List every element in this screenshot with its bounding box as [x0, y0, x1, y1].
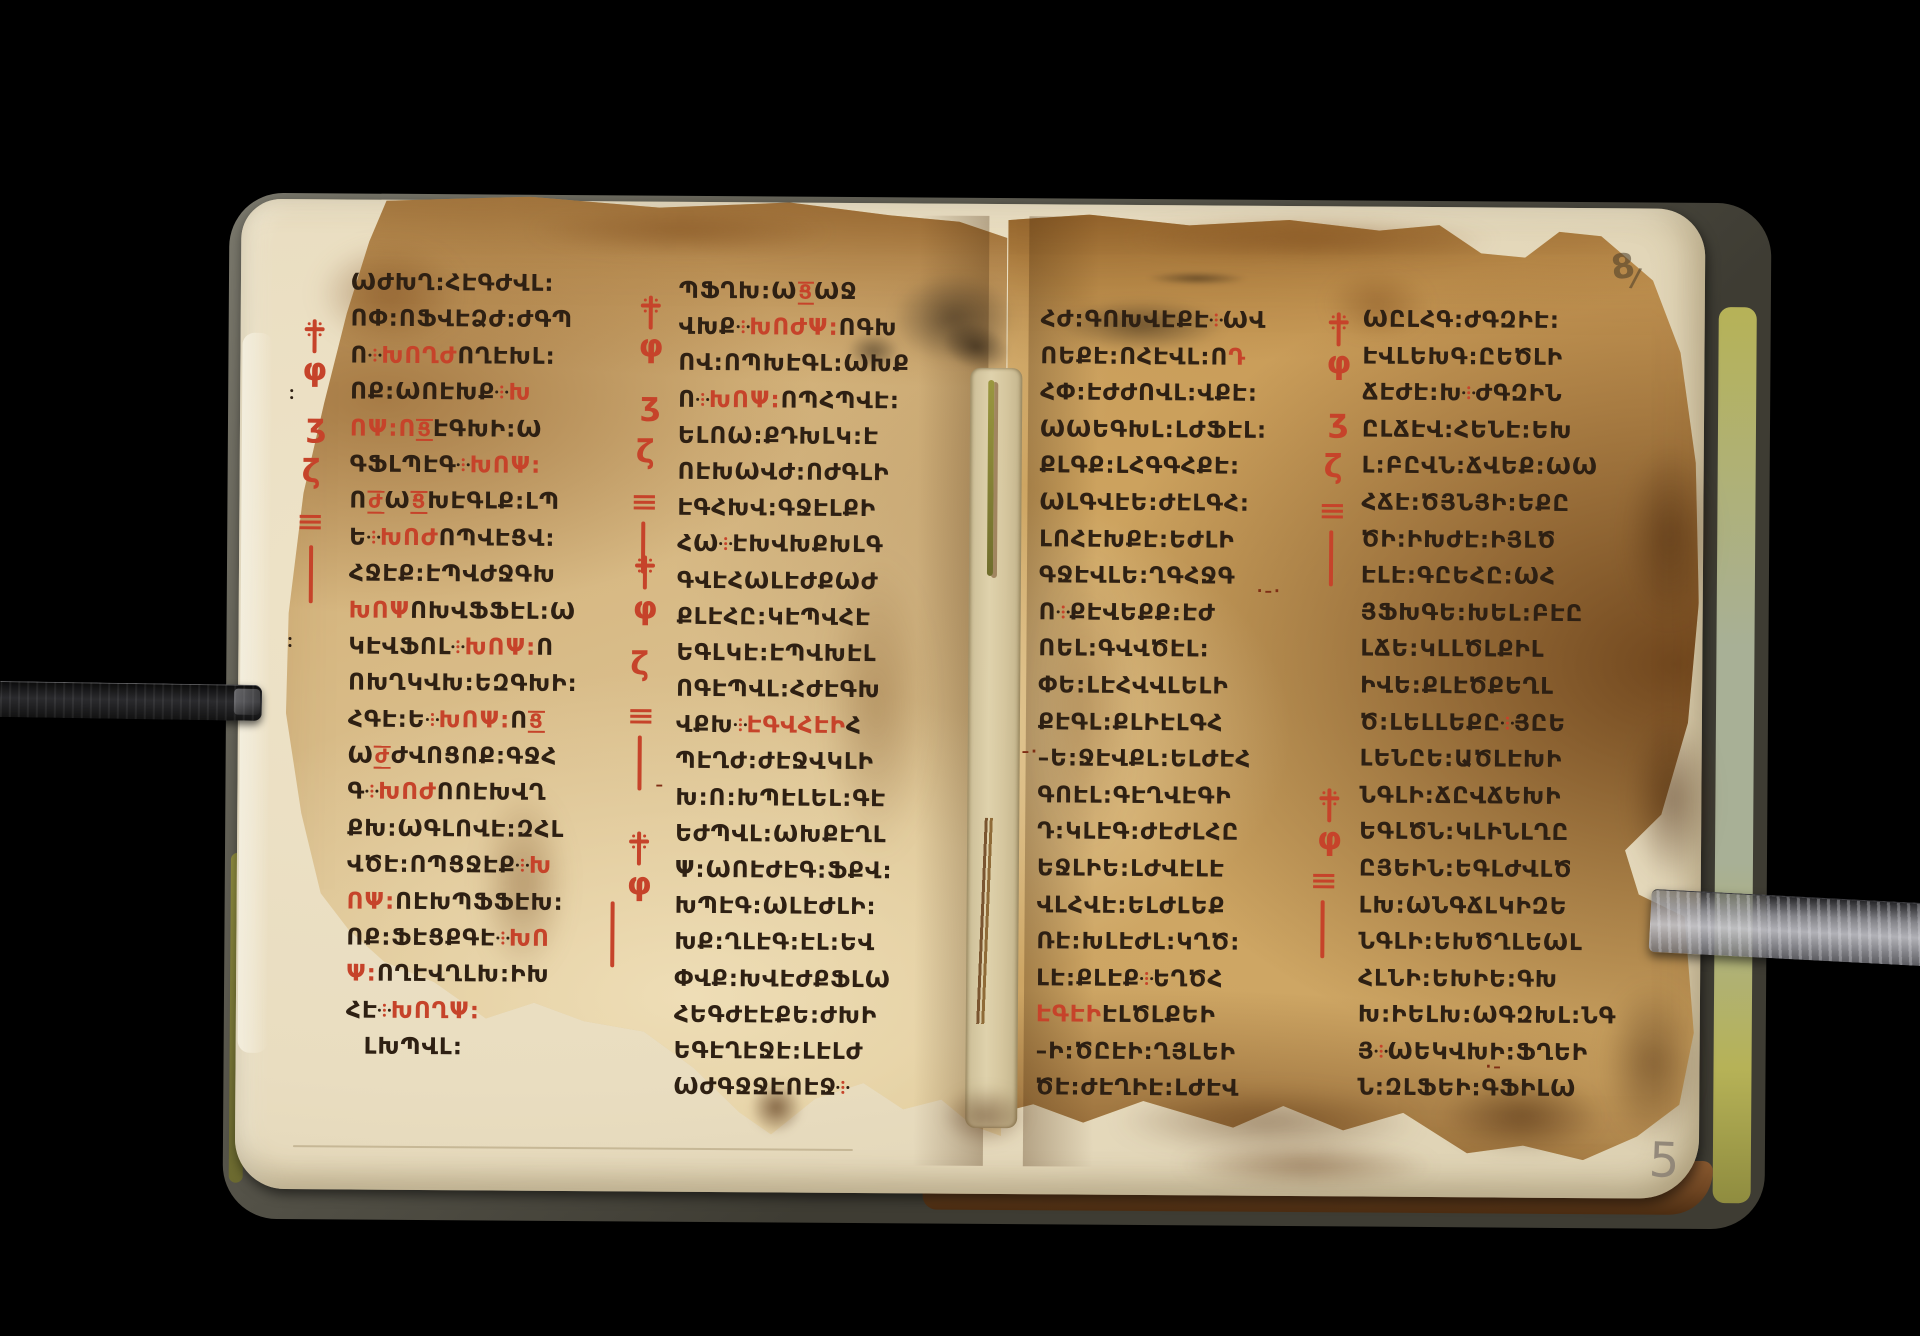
rubric-mark-bars-icon: ≡ — [1318, 498, 1347, 524]
ink-text: ԵԺՊՎԼ:ѠԽՔԷՂԼ — [675, 821, 887, 848]
dotted-divider-icon — [1374, 1043, 1387, 1059]
manuscript-line: ԽՈΨՈԽՎՖՖԷԼ:Ѡ — [349, 597, 645, 635]
ink-text: Յ — [1358, 1038, 1375, 1064]
ink-text: Խ:Ո:ԽՊԷԼԵԼ:ԳԷ — [675, 784, 886, 811]
ink-text: ԼԵՆԸԵ:ԱԾԼԷԽԻ — [1360, 746, 1563, 773]
manuscript-line: ՔԷԳԼ:ՔԼԻԷԼԳՀ — [1038, 709, 1326, 748]
ink-text: ԼՈՀԷԽՔԷ:ԵԺԼԻ — [1039, 526, 1235, 553]
manuscript-line: ԷԼԷ:ԳԸԵՀԸ:ѠՀ — [1361, 563, 1645, 602]
ink-text: ѠՋ — [814, 279, 858, 305]
rubric-mark-d2-icon — [288, 637, 291, 640]
manuscript-line: ՎԼՀՎԷ:ԵԼԺԼԵՔ — [1036, 892, 1324, 931]
dotted-divider-icon — [1501, 714, 1514, 730]
ink-text: ՀՓ:ԷԺԺՈՎԼ:ՎՔԷ: — [1040, 379, 1258, 407]
manuscript-line: ԵԳԼԿԷ:ԷՊՎԽԷԼ — [676, 640, 956, 678]
ink-text: Հ — [846, 713, 862, 739]
rubric-numeral: Ժ — [367, 491, 384, 514]
manuscript-line: ѠԺԽՂ:ՀԷԳԺՎԼ: — [351, 269, 647, 307]
rubric-mark-line-icon — [1320, 900, 1324, 958]
dotted-divider-icon — [719, 535, 732, 551]
rubric-word: Դ — [1228, 344, 1246, 370]
rubric-mark-lead-icon: – — [655, 776, 665, 794]
ink-text: ԳՖԼՊԷԳ — [350, 451, 457, 478]
ink-text: ՈՂԷՎՂԼԽ:ԻԽ — [377, 961, 550, 988]
manuscript-line: ՈԳԷՊՎԼ:ՀԺԷԳԽ — [676, 676, 956, 714]
manuscript-line: ՀѠԷԽՎԽՔԽԼԳ — [677, 531, 957, 569]
ink-text: Ե — [349, 524, 367, 550]
manuscript-line: ՈՎ:ՈՊԽԷԳԼ:ѠԽՔ — [678, 350, 958, 388]
ink-text: ԷԼԷ:ԳԸԵՀԸ:ѠՀ — [1361, 563, 1556, 590]
dotted-divider-icon — [733, 716, 746, 732]
manuscript-line: ՀԳԷ:ԵԽՈΨ:ՈՑ — [348, 706, 644, 744]
manuscript-line: ՈՔ:ѠՈԷԽՔԽ — [350, 379, 646, 417]
ink-text: ԷԼԾԼՔԵԻ — [1102, 1002, 1216, 1029]
ink-text: ԼԽՊՎԼ: — [346, 1034, 464, 1061]
rubric-mark-line-icon — [1329, 530, 1333, 586]
manuscript-line: ՔԽ:ѠԳԼՈՎԷ:ԶՀԼ — [347, 815, 643, 853]
manuscript-line: ԼՃԵ:ԿԼԼԾԼՔԻԼ — [1360, 636, 1644, 675]
ink-text: ՀԼՆԻ:ԵԽԻԵ:ԳԽ — [1358, 965, 1558, 992]
manuscript-line: ԷԳԷԻԷԼԾԼՔԵԻ — [1036, 1002, 1324, 1041]
rubric-mark-bars-icon: ≡ — [630, 489, 659, 515]
ink-text: ՈԳԷՊՎԼ:ՀԺԷԳԽ — [676, 676, 881, 703]
rubric-word: ԽՈՂΨ: — [391, 998, 480, 1025]
manuscript-line: ՈԺѠՑԽԷԳԼՔ:ԼՊ — [349, 488, 645, 526]
ink-text: ԷԳԽԻ:Ѡ — [433, 416, 543, 443]
rubric-mark-cross-icon — [635, 555, 655, 589]
pencil-page-number: 5 — [1648, 1132, 1681, 1189]
manuscript-line: ՀԵԳԺԷԷՔԵ:ԺԽԻ — [674, 1002, 954, 1040]
ink-text: ԳՎԷՀѠԼԷԺՔѠԺ — [677, 567, 879, 594]
rubric-mark-g-icon: φ — [633, 591, 658, 623]
ink-text: ѠԼԳՎԷԵ:ԺԷԼԳՀ: — [1039, 489, 1250, 516]
rubric-mark-cross-icon — [629, 831, 649, 865]
rubric-mark-g-icon: ʒ — [640, 388, 661, 420]
ink-text: Ո — [678, 386, 696, 412]
manuscript-line: ՈՓ:ՈՖՎԷՁԺ:ԺԳՊ — [351, 306, 647, 344]
ink-text: ԿԷՎՖՈԼ — [348, 633, 451, 660]
ink-text: ՀԵԳԺԷԷՔԵ:ԺԽԻ — [674, 1002, 878, 1029]
manuscript-line: ՎԾԷ:ՈՊՑՋԷՔԽ — [347, 852, 643, 890]
ink-text: ՈՊՀՊՎԷ: — [781, 387, 900, 414]
manuscript-line: ՀՃԷ:ԾՅՆՅԻ:ԵՔԸ — [1361, 490, 1645, 529]
rubric-word: ԷԳԷԻ — [1036, 1002, 1102, 1028]
ink-text: ՈՔ:ѠՈԷԽՔ — [350, 379, 495, 406]
dotted-divider-icon — [1056, 603, 1069, 619]
ink-text: Ն:ԶԼՖԵԻ:ԳՖԻԼѠ — [1357, 1075, 1576, 1103]
manuscript-line: ՈԵԼ:ԳՎՎԾԷԼ: — [1038, 636, 1326, 675]
rubric-numeral: Ց — [416, 419, 433, 442]
rubric-mark-g-icon: φ — [1326, 346, 1351, 378]
ink-text: ՀՃԷ:ԾՅՆՅԻ:ԵՔԸ — [1361, 490, 1570, 517]
ink-text: ՅԸԵ — [1514, 710, 1566, 736]
dotted-divider-icon — [837, 1079, 850, 1095]
manuscript-line: ՈΨ:ՈԷԽՊՖՖԷԽ: — [346, 888, 642, 926]
ink-text: ԸԼՃԷՎ:ՀԵՆԷ:ԵԽ — [1362, 416, 1573, 443]
ink-text: ՀԷ — [346, 997, 378, 1023]
manuscript-line: ԼԵՆԸԵ:ԱԾԼԷԽԻ — [1360, 746, 1644, 785]
rubric-mark-bars-icon: ≡ — [627, 703, 656, 729]
ink-text: ԾԷ:ԺԷՂԻԷ:ԼԺԷՎ — [1035, 1075, 1239, 1102]
dotted-divider-icon — [426, 711, 439, 727]
manuscript-line: Լ:ԲԸՎՆ:ՃՎԵՔ:ѠѠ — [1362, 453, 1646, 492]
ink-text: ՈՓ:ՈՖՎԷՁԺ:ԺԳՊ — [351, 306, 573, 334]
ink-text: ՈԵՔԷ:ՈՀԷՎԼ:Ո — [1040, 343, 1228, 370]
rubric-mark-g-icon: ζ — [302, 455, 321, 487]
ink-text: ՀѠ — [677, 531, 719, 557]
manuscript-line: ՎԽՔԽՈԺΨ:ՈԳԽ — [679, 314, 959, 352]
manuscript-line: ՈՔԷՎԵՔՔ:ԷԺ — [1039, 599, 1327, 638]
ink-text: Գ — [347, 779, 365, 805]
rubric-mark-line-icon — [637, 735, 641, 790]
ink-text: ՆԳԼԻ:ԵԽԾՂԼԵѠԼ — [1358, 929, 1583, 957]
manuscript-line: ՌԷ:ԽԼԷԺԼ:ԿՂԾ: — [1036, 928, 1324, 967]
manuscript-line: ԾԷ:ԺԷՂԻԷ:ԼԺԷՎ — [1035, 1075, 1323, 1114]
ink-text: Ծ:ԼԵԼԼԵՔԸ — [1360, 709, 1501, 736]
ink-text: ՈՂԷԽԼ: — [457, 343, 556, 370]
manuscript-line: ՆԳԼԻ:ԵԽԾՂԼԵѠԼ — [1358, 929, 1642, 968]
ink-text: ՔԼԷՀԸ:ԿԷՊՎՀԷ — [677, 603, 872, 630]
ink-text: ՌԷ:ԽԼԷԺԼ:ԿՂԾ: — [1036, 928, 1240, 955]
ink-text: ՔԷՎԵՔՔ:ԷԺ — [1069, 599, 1215, 626]
ink-text: ՔԷԳԼ:ՔԼԻԷԼԳՀ — [1038, 709, 1224, 736]
manuscript-line: ѠԸԼՀԳ:ԺԳԶԻԷ: — [1363, 307, 1647, 346]
rubric-mark-g-icon: ʒ — [306, 409, 327, 441]
ink-text: ԳՈԷԼ:ԳԷՂՎԷԳԻ — [1037, 782, 1231, 809]
ink-text: ՎԾԷ:ՈՊՑՋԷՔ — [347, 852, 516, 879]
manuscript-line: Դ:ԿԼԷԳ:ԺԷԺԼՀԸ — [1037, 819, 1325, 858]
dotted-divider-icon — [495, 384, 508, 400]
strap-left-tip — [234, 689, 260, 715]
rubric-word: Խ — [529, 853, 552, 879]
manuscript-line: ԵԽՈԺՈՊՎԷՑՎ: — [349, 524, 645, 562]
photograph-stage: 8/ 5 ѠԺԽՂ:ՀԷԳԺՎԼ:ՈՓ:ՈՖՎԷՁԺ:ԺԳՊՈԽՈՂԺՈՂԷԽԼ… — [0, 0, 1920, 1336]
rubric-mark-g-icon: ʒ — [1328, 404, 1349, 436]
ink-text: ԷՎԼԵԽԳ:ԸԵԾԼԻ — [1362, 343, 1563, 370]
manuscript-line: ԸՅԵԻՆ:ԵԳԼԺՎԼԾ — [1359, 855, 1643, 894]
rubric-word: ԷԳՎՀԷԻ — [746, 713, 846, 740]
rubric-mark-lead-icon: ·–· — [1257, 582, 1282, 600]
dotted-divider-icon — [496, 930, 509, 946]
rubric-word: ԽՈԺΨ: — [749, 314, 839, 341]
ink-text: ՊԷՂԺ:ԺԷՋՎԿԼԻ — [676, 748, 875, 775]
ink-text: Ψ:ѠՈԷԺԷԳ:ՖՔՎ: — [675, 857, 893, 885]
ink-text: Խ:ԻԵԼԽ:ѠԳԶԽԼ:ՆԳ — [1358, 1002, 1617, 1030]
rubric-word: ԽՈΨ: — [709, 387, 781, 413]
manuscript-line: ԳՖԼՊԷԳԽՈΨ: — [350, 451, 646, 489]
rubric-numeral: Ց — [411, 491, 428, 514]
manuscript-line: ՈΨ:ՈՑԷԳԽԻ:Ѡ — [350, 415, 646, 453]
dotted-divider-icon — [736, 318, 749, 334]
rubric-mark-bars-icon: ≡ — [296, 509, 325, 535]
manuscript-line: ՈԽՂԿՎԽ:ԵԶԳԽԻ: — [348, 670, 644, 708]
dotted-divider-icon — [365, 783, 378, 799]
ink-text: ՎՔԽ — [676, 712, 734, 738]
rubric-mark-d2-icon — [290, 389, 293, 392]
manuscript-line: ՓՎՔ:ԽՎԷԺՔՖԼѠ — [674, 965, 954, 1003]
text-column-3: ՀԺ:ԳՈԽՎԷՔԷѠՎՈԵՔԷ:ՈՀԷՎԼ:ՈԴՀՓ:ԷԺԺՈՎԼ:ՎՔԷ:Ѡ… — [1035, 306, 1329, 1113]
ink-text: ѠԺԳՋՋԷՈԷՋ — [673, 1074, 837, 1101]
ink-text: ՈԵԼ:ԳՎՎԾԷԼ: — [1038, 636, 1210, 663]
manuscript-line: Ծ:ԼԵԼԼԵՔԸՅԸԵ — [1360, 709, 1644, 748]
rubric-mark-g-icon: ζ — [630, 647, 649, 679]
manuscript-line: ѠԼԳՎԷԵ:ԺԷԼԳՀ: — [1039, 489, 1327, 528]
ink-text: ԾԻ:ԻԽԺԷ:ԻՅԼԾ — [1361, 526, 1556, 553]
manuscript-line: Ψ:ՈՂԷՎՂԼԽ:ԻԽ — [346, 961, 642, 999]
ink-text: ՈԽՎՖՖԷԼ:Ѡ — [410, 597, 576, 624]
manuscript-line: ԵԳԼԾՆ:ԿԼԻՆԼՂԸ — [1359, 819, 1643, 858]
manuscript-line: Խ:ԻԵԼԽ:ѠԳԶԽԼ:ՆԳ — [1358, 1002, 1642, 1041]
rubric-numeral: Ց — [797, 282, 814, 305]
rubric-word: ԽՈԺ — [380, 524, 439, 550]
ink-text: ԸՅԵԻՆ:ԵԳԼԺՎԼԾ — [1359, 855, 1573, 882]
rubric-mark-line-icon — [610, 901, 614, 967]
manuscript-line: ՀՋԷՔ:ԷՊՎԺՋԳԽ — [349, 561, 645, 599]
manuscript-line: ԽՔ:ՂԼԷԳ:ԷԼ:ԵՎ — [674, 929, 954, 967]
ink-text: ԷԽՎԽՔԽԼԳ — [732, 531, 884, 558]
ink-text: ՈՊՎԷՑՎ: — [439, 525, 556, 552]
dotted-divider-icon — [1140, 970, 1153, 986]
manuscript-line: ѠѠԵԳԽԼ:ԼԺՖԷԼ: — [1040, 416, 1328, 455]
manuscript-line: ԵԳԷՂԷՋԷ:ԼԷԼԺ — [673, 1038, 953, 1076]
manuscript-line: ԳՎԷՀѠԼԷԺՔѠԺ — [677, 567, 957, 605]
rubric-mark-cross-icon — [1319, 788, 1339, 822]
text-column-1: ѠԺԽՂ:ՀԷԳԺՎԼ:ՈՓ:ՈՖՎԷՁԺ:ԺԳՊՈԽՈՂԺՈՂԷԽԼ:ՈՔ:Ѡ… — [345, 269, 647, 1072]
ink-text: ՔԼԳՔ:ԼՀԳԳՀՔԷ: — [1040, 453, 1241, 480]
manuscript-line: ԼՈՀԷԽՔԷ:ԵԺԼԻ — [1039, 526, 1327, 565]
manuscript-line: ՓԵ:ԼԷՀՎՎԼԵԼԻ — [1038, 672, 1326, 711]
ink-text: ՓՎՔ:ԽՎԷԺՔՖԼѠ — [674, 965, 891, 993]
manuscript-line: ԷՎԼԵԽԳ:ԸԵԾԼԻ — [1362, 343, 1646, 382]
ink-text: ՔԽ:ѠԳԼՈՎԷ:ԶՀԼ — [347, 815, 564, 843]
ink-text: ԽՊԷԳ:ѠԼԷԺԼԻ: — [675, 893, 877, 920]
manuscript-line: ՎՔԽԷԳՎՀԷԻՀ — [676, 712, 956, 750]
ink-text: ՆԳԼԻ:ՃԸՎՃԵԽԻ — [1359, 782, 1561, 809]
ink-text: ԽՔ:ՂԼԷԳ:ԷԼ:ԵՎ — [674, 929, 875, 956]
rubric-mark-g-icon: ζ — [636, 435, 655, 467]
ink-text: ѠՎ — [1223, 308, 1267, 334]
manuscript-line: ԽՊԷԳ:ѠԼԷԺԼԻ: — [674, 893, 954, 931]
ink-text: ѠѠԵԳԽԼ:ԼԺՖԷԼ: — [1040, 416, 1267, 444]
page-edge-olive — [1713, 307, 1757, 1203]
ink-text: ԼԽ:ѠՆԳՃԼԿԻԶԵ — [1359, 892, 1568, 919]
ink-text: Ո — [536, 635, 554, 661]
rubric-word: ԽՈΨ: — [439, 707, 511, 733]
ink-text: ԵԳԼԾՆ:ԿԼԻՆԼՂԸ — [1359, 819, 1569, 846]
manuscript-line: ѠԺԺՎՈՑՈՔ:ԳՋՀ — [348, 743, 644, 781]
rubric-word: ԽՈΨ — [349, 597, 411, 623]
manuscript-line: ѠԺԳՋՋԷՈԷՋ — [673, 1074, 953, 1112]
rubric-word: ԽՈΨ: — [470, 452, 542, 478]
manuscript-line: ԻՎԵ:ՔԼԷԾՔԵՂԼ — [1360, 672, 1644, 711]
rubric-word: ԽՈ — [509, 926, 550, 952]
manuscript-line: ՈԵՔԷ:ՈՀԷՎԼ:ՈԴ — [1040, 343, 1328, 382]
ink-text: ՎԼՀՎԷ:ԵԼԺԼԵՔ — [1037, 892, 1226, 919]
manuscript-line: ՈԽՈΨ:ՈՊՀՊՎԷ: — [678, 386, 958, 424]
ink-text: ԼԷ:ՔԼԷՔ — [1036, 965, 1140, 992]
ink-text: ՓԵ:ԼԷՀՎՎԼԵԼԻ — [1038, 672, 1229, 699]
manuscript-line: ԳԽՈԺՈՈԷԽՎՂ — [347, 779, 643, 817]
manuscript-line: ԸԼՃԷՎ:ՀԵՆԷ:ԵԽ — [1362, 416, 1646, 455]
manuscript-line: Ψ:ѠՈԷԺԷԳ:ՖՔՎ: — [675, 857, 955, 895]
manuscript-line: ՊՖՂԽ:ѠՑѠՋ — [679, 278, 959, 316]
ink-text: ՅՖԽԳԵ:ԽԵԼ:ԲԷԸ — [1361, 599, 1584, 627]
text-column-4: ѠԸԼՀԳ:ԺԳԶԻԷ:ԷՎԼԵԽԳ:ԸԵԾԼԻՃԷԺԷ:ԽԺԳԶԻՆԸԼՃԷՎ… — [1357, 307, 1647, 1114]
ink-text: ԷԳՀԽՎ:ԳՋԷԼՔԻ — [677, 495, 876, 522]
ink-text: ԵԳԼԿԷ:ԷՊՎԽԷԼ — [676, 640, 876, 667]
ink-text: ѠԸԼՀԳ:ԺԳԶԻԷ: — [1363, 307, 1560, 334]
dotted-divider-icon — [1210, 311, 1223, 327]
book: 8/ 5 ѠԺԽՂ:ՀԷԳԺՎԼ:ՈՓ:ՈՖՎԷՁԺ:ԺԳՊՈԽՈՂԺՈՂԷԽԼ… — [222, 193, 1771, 1230]
manuscript-line: ԵՋԼԻԵ:ԼԺՎԷԼԷ — [1037, 855, 1325, 894]
ink-text: ՈՎ:ՈՊԽԷԳԼ:ѠԽՔ — [678, 350, 910, 378]
ink-text: Ո — [350, 342, 368, 368]
ink-text: ՈԷԽѠՎԺ:ՈԺԳԼԻ — [678, 459, 890, 486]
manuscript-line: ԼԽ:ѠՆԳՃԼԿԻԶԵ — [1358, 892, 1642, 931]
rubric-word: ԽՈԺ — [378, 779, 437, 805]
dotted-divider-icon — [696, 390, 709, 406]
rubric-mark-line-icon — [309, 545, 313, 603]
rubric-mark-lead-icon: –· — [1022, 742, 1039, 760]
manuscript-line: ՀԼՆԻ:ԵԽԻԵ:ԳԽ — [1358, 965, 1642, 1004]
ink-text: Ո — [1039, 599, 1057, 625]
ink-text: ԵԼՈѠ:ՔԴԽԼԿ:Է — [678, 423, 879, 450]
rubric-mark-cross-icon — [1329, 312, 1349, 346]
manuscript-line: ՀԺ:ԳՈԽՎԷՔԷѠՎ — [1041, 306, 1329, 345]
ink-text: Ո — [349, 488, 367, 514]
manuscript-line: Խ:Ո:ԽՊԷԼԵԼ:ԳԷ — [675, 784, 955, 822]
manuscript-line: ԳՈԷԼ:ԳԷՂՎԷԳԻ — [1037, 782, 1325, 821]
dotted-divider-icon — [368, 346, 381, 362]
ink-text: ՀԳԷ:Ե — [348, 706, 426, 733]
manuscript-line: ՈԽՈՂԺՈՂԷԽԼ: — [350, 342, 646, 380]
ink-text: Լ:ԲԸՎՆ:ՃՎԵՔ:ѠѠ — [1362, 453, 1599, 481]
manuscript-line: –Ե:ՋԷՎՔԼ:ԵԼԺԷՀ — [1038, 745, 1326, 784]
dotted-divider-icon — [378, 1001, 391, 1017]
manuscript-line: ՈՔ:ՖԷՑՔԳԷԽՈ — [346, 924, 642, 962]
manuscript-line: ԿԷՎՖՈԼԽՈΨ:Ո — [348, 633, 644, 671]
rubric-word: Ψ: — [346, 961, 377, 987]
manuscript-line: –Ի:ԾԸԷԻ:ՂՅԼԵԻ — [1035, 1038, 1323, 1077]
ink-text: ՈԷԽՊՖՖԷԽ: — [395, 888, 564, 915]
manuscript-line: ՀԷԽՈՂΨ: — [346, 997, 642, 1035]
manuscript-line: ԼԷ:ՔԼԷՔԵՂԾՀ — [1036, 965, 1324, 1004]
dotted-divider-icon — [452, 638, 465, 654]
ink-text: ՃԷԺԷ:Խ — [1362, 380, 1462, 407]
ink-text: ՈԽՂԿՎԽ:ԵԶԳԽԻ: — [348, 670, 578, 698]
ink-text: ԵԳԷՂԷՋԷ:ԼԷԼԺ — [674, 1038, 864, 1065]
rubric-mark-cross-icon — [641, 296, 661, 330]
rubric-mark-g-icon: φ — [302, 353, 327, 385]
ink-text: ՈՈԷԽՎՂ — [437, 780, 547, 807]
rubric-mark-g-icon: φ — [1317, 822, 1342, 854]
text-column-2: ՊՖՂԽ:ѠՑѠՋՎԽՔԽՈԺΨ:ՈԳԽՈՎ:ՈՊԽԷԳԼ:ѠԽՔՈԽՈΨ:ՈՊ… — [673, 278, 959, 1112]
manuscript-line: ԷԳՀԽՎ:ԳՋԷԼՔԻ — [677, 495, 957, 533]
manuscript-line: ՀՓ:ԷԺԺՈՎԼ:ՎՔԷ: — [1040, 379, 1328, 418]
ink-text: –Ի:ԾԸԷԻ:ՂՅԼԵԻ — [1036, 1038, 1237, 1065]
rubric-numeral: Ց — [528, 710, 545, 733]
ink-text: ԺՎՈՑՈՔ:ԳՋՀ — [391, 743, 557, 770]
ink-text: Ѡ — [348, 743, 374, 769]
ink-text: –Ե:ՋԷՎՔԼ:ԵԼԺԷՀ — [1038, 745, 1252, 772]
manuscript-line: Ն:ԶԼՖԵԻ:ԳՖԻԼѠ — [1357, 1075, 1641, 1114]
rubric-mark-lead-icon: ·– — [1485, 1057, 1502, 1075]
ink-text: Ѡ — [384, 488, 410, 514]
manuscript-line: ՔԼԳՔ:ԼՀԳԳՀՔԷ: — [1040, 453, 1328, 492]
manuscript-line: ՃԷԺԷ:ԽԺԳԶԻՆ — [1362, 380, 1646, 419]
rubric-word: ՈΨ: — [347, 888, 396, 914]
rubric-word: ԽՈΨ: — [464, 634, 536, 660]
ink-text: ՀԺ:ԳՈԽՎԷՔԷ — [1041, 306, 1210, 333]
folio-ink-mark: 8/ — [1609, 244, 1647, 288]
dotted-divider-icon — [457, 456, 470, 472]
manuscript-line: ԾԻ:ԻԽԺԷ:ԻՅԼԾ — [1361, 526, 1645, 565]
rubric-mark-cross-icon — [304, 319, 324, 353]
ink-text: ԳՋԷՎԼԵ:ՂԳՀՋԳ — [1039, 562, 1236, 589]
ink-text: ՈԳԽ — [839, 315, 898, 341]
ink-text: ԵՂԾՀ — [1153, 966, 1223, 992]
rubric-word: ԽՈՂԺ — [381, 342, 457, 369]
rubric-mark-g-icon: φ — [638, 329, 663, 361]
manuscript-line: ԵԼՈѠ:ՔԴԽԼԿ:Է — [678, 423, 958, 461]
ink-text: ԺԳԶԻՆ — [1475, 381, 1562, 408]
manuscript-line: ԵԺՊՎԼ:ѠԽՔԷՂԼ — [675, 821, 955, 859]
ink-text: ՊՖՂԽ:Ѡ — [679, 278, 798, 305]
dotted-divider-icon — [1462, 384, 1475, 400]
rubric-word: ՈΨ:Ո — [350, 415, 417, 441]
manuscript-line: ԼԽՊՎԼ: — [345, 1034, 641, 1072]
dotted-divider-icon — [516, 857, 529, 873]
rubric-mark-g-icon: ζ — [1324, 450, 1343, 482]
rubric-mark-g-icon: φ — [627, 867, 652, 899]
ink-text: ՀՋԷՔ:ԷՊՎԺՋԳԽ — [349, 561, 556, 588]
ink-text: Դ:ԿԼԷԳ:ԺԷԺԼՀԸ — [1037, 819, 1239, 846]
manuscript-line: ԳՋԷՎԼԵ:ՂԳՀՋԳ — [1039, 562, 1327, 601]
ink-text: ՈՔ:ՖԷՑՔԳԷ — [346, 924, 496, 951]
manuscript-line: ՅՖԽԳԵ:ԽԵԼ:ԲԷԸ — [1361, 599, 1645, 638]
manuscript-line: ՊԷՂԺ:ԺԷՋՎԿԼԻ — [675, 748, 955, 786]
ink-text: ԼՃԵ:ԿԼԼԾԼՔԻԼ — [1360, 636, 1544, 663]
manuscript-line: ՆԳԼԻ:ՃԸՎՃԵԽԻ — [1359, 782, 1643, 821]
dotted-divider-icon — [367, 528, 380, 544]
rubric-numeral: Ժ — [374, 746, 391, 769]
rubric-word: Խ — [508, 380, 531, 406]
rubric-mark-bars-icon: ≡ — [1309, 868, 1338, 894]
ink-text: ՎԽՔ — [679, 314, 737, 340]
ink-text: ԽԷԳԼՔ:ԼՊ — [427, 488, 560, 515]
manuscript-line: ՔԼԷՀԸ:ԿԷՊՎՀԷ — [676, 603, 956, 641]
conservation-strap-left — [0, 681, 262, 721]
ink-text: ԵՋԼԻԵ:ԼԺՎԷԼԷ — [1037, 855, 1225, 882]
ink-text: ԻՎԵ:ՔԼԷԾՔԵՂԼ — [1360, 672, 1554, 699]
ink-text: ѠԺԽՂ:ՀԷԳԺՎԼ: — [351, 269, 555, 296]
manuscript-line: ՈԷԽѠՎԺ:ՈԺԳԼԻ — [678, 459, 958, 497]
ink-text: Ո — [510, 707, 528, 733]
